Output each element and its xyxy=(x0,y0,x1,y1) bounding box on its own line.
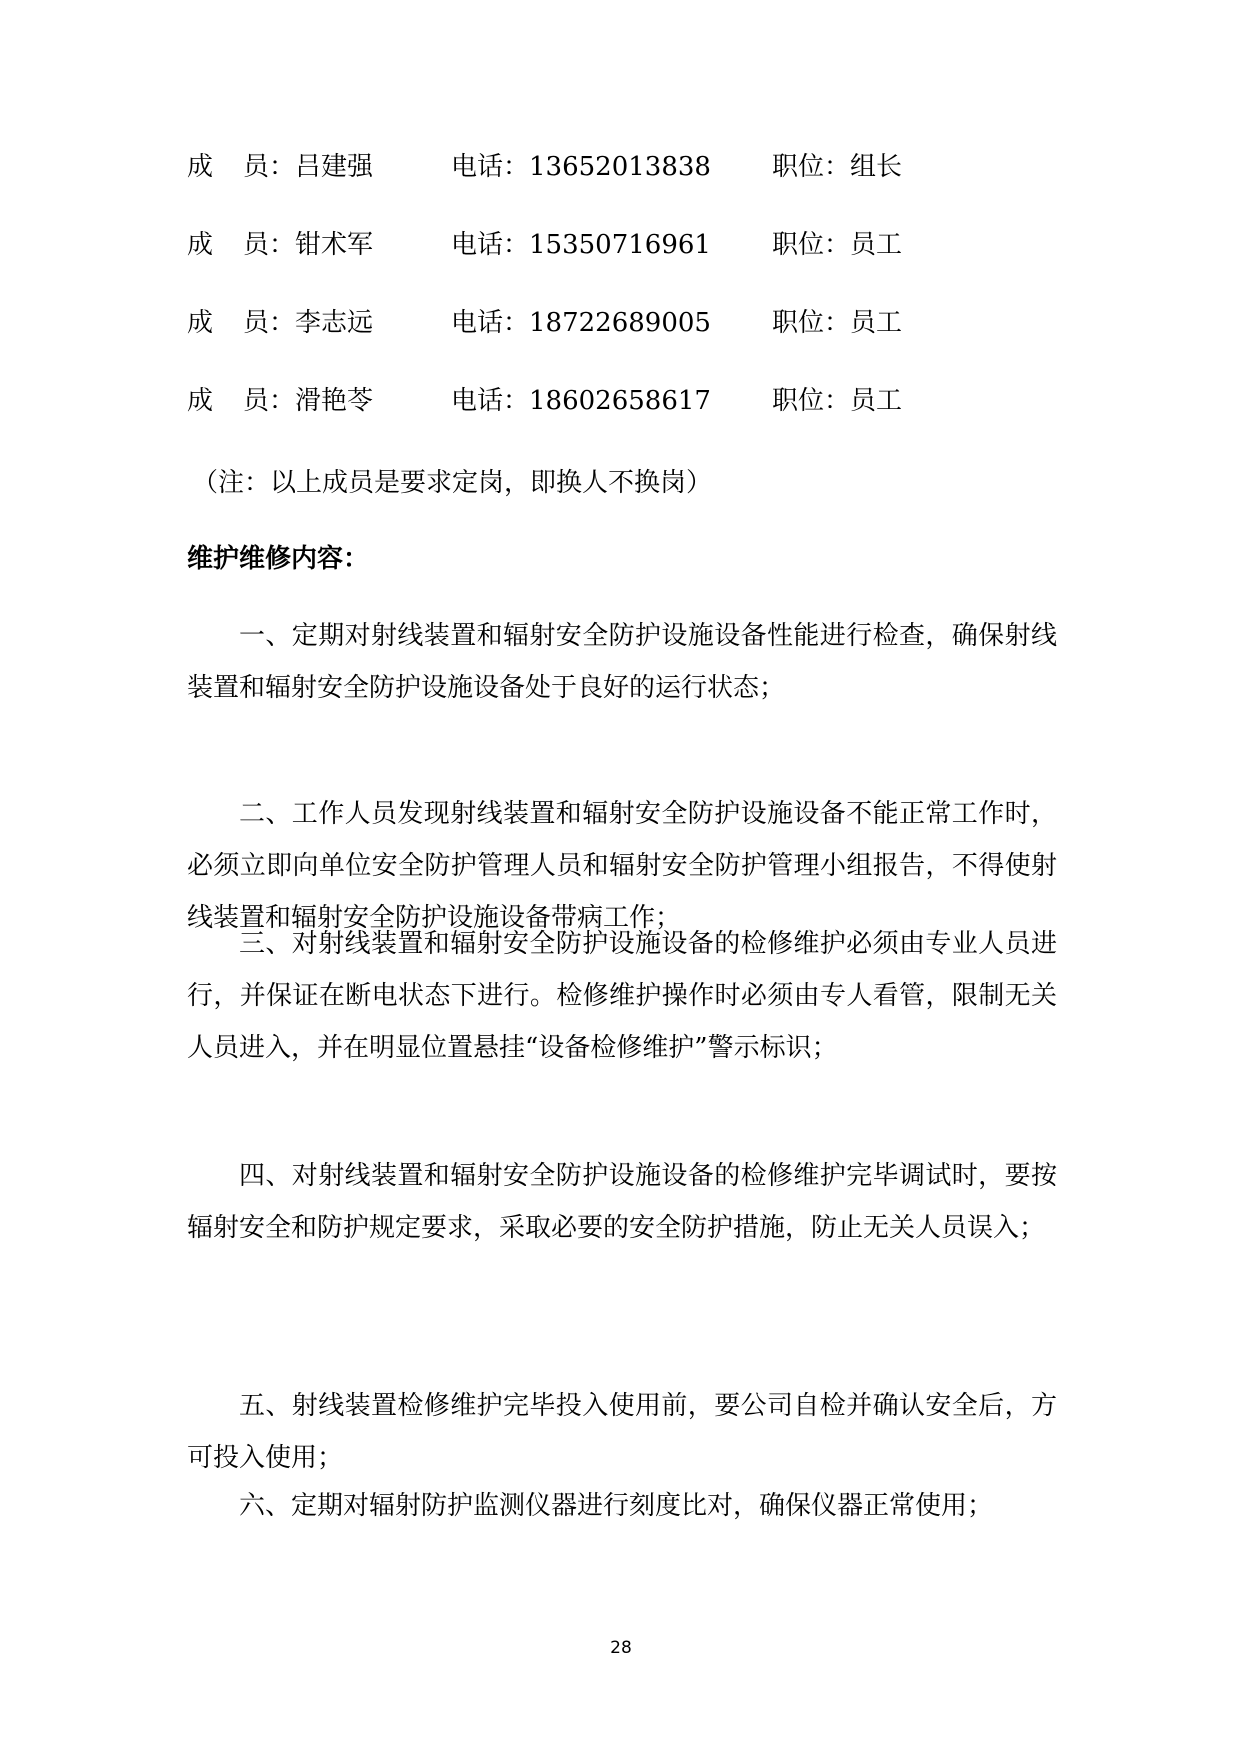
member-row: 成员：钳术军 电话：15350716961 职位：员工 xyxy=(187,228,1067,306)
member-row: 成员：李志远 电话：18722689005 职位：员工 xyxy=(187,306,1067,384)
note-text: （注：以上成员是要求定岗，即换人不换岗） xyxy=(192,466,712,500)
member-label: 成员：滑艳苓 xyxy=(187,384,373,418)
paragraph-1: 一、定期对射线装置和辐射安全防护设施设备性能进行检查，确保射线装置和辐射安全防护… xyxy=(187,610,1057,714)
member-label: 成员：李志远 xyxy=(187,306,373,340)
member-role: 职位：员工 xyxy=(772,384,902,418)
member-list: 成员：吕建强 电话：13652013838 职位：组长 成员：钳术军 电话：15… xyxy=(187,150,1067,462)
paragraph-5: 五、射线装置检修维护完毕投入使用前，要公司自检并确认安全后，方可投入使用； xyxy=(187,1380,1057,1484)
member-phone: 电话：15350716961 xyxy=(451,228,711,262)
section-title: 维护维修内容： xyxy=(187,542,369,576)
member-name: 吕建强 xyxy=(295,152,373,182)
member-row: 成员：吕建强 电话：13652013838 职位：组长 xyxy=(187,150,1067,228)
paragraph-4: 四、对射线装置和辐射安全防护设施设备的检修维护完毕调试时，要按辐射安全和防护规定… xyxy=(187,1150,1057,1254)
member-name: 滑艳苓 xyxy=(295,386,373,416)
paragraph-6: 六、定期对辐射防护监测仪器进行刻度比对，确保仪器正常使用； xyxy=(187,1480,1057,1532)
member-label: 成员：吕建强 xyxy=(187,150,373,184)
page-number: 28 xyxy=(0,1638,1242,1658)
member-label: 成员：钳术军 xyxy=(187,228,373,262)
member-name: 李志远 xyxy=(295,308,373,338)
paragraph-3: 三、对射线装置和辐射安全防护设施设备的检修维护必须由专业人员进行，并保证在断电状… xyxy=(187,918,1057,1074)
member-role: 职位：员工 xyxy=(772,306,902,340)
member-role: 职位：组长 xyxy=(772,150,902,184)
member-phone: 电话：13652013838 xyxy=(451,150,711,184)
document-page: 成员：吕建强 电话：13652013838 职位：组长 成员：钳术军 电话：15… xyxy=(0,0,1242,1755)
member-role: 职位：员工 xyxy=(772,228,902,262)
member-name: 钳术军 xyxy=(295,230,373,260)
member-phone: 电话：18722689005 xyxy=(451,306,711,340)
member-row: 成员：滑艳苓 电话：18602658617 职位：员工 xyxy=(187,384,1067,462)
member-phone: 电话：18602658617 xyxy=(451,384,711,418)
